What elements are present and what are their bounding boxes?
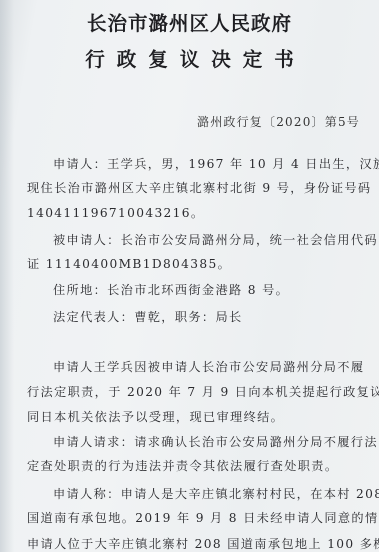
- applicant-line: 申请人：王学兵，男，1967 年 10 月 4 日出生，汉族，: [53, 156, 379, 172]
- case-intro-line-1: 申请人王学兵因被申请人长治市公安局潞州分局不履: [53, 359, 364, 375]
- document-type-title: 行政复议决定书: [0, 44, 379, 72]
- applicant-address-line: 现住长治市潞州区大辛庄镇北寨村北街 9 号，身份证号码: [27, 180, 371, 196]
- claim-line-2: 国道南有承包地。2019 年 9 月 8 日未经申请人同意的情况下，: [27, 510, 379, 526]
- claim-line-1: 申请人称：申请人是大辛庄镇北寨村村民，在本村 208: [53, 486, 379, 502]
- case-intro-line-3: 同日本机关依法予以受理，现已审理终结。: [27, 409, 284, 425]
- document-page: 长治市潞州区人民政府 行政复议决定书 潞州政行复〔2020〕第5号 申请人：王学…: [0, 0, 379, 552]
- respondent-line: 被申请人：长治市公安局潞州分局，统一社会信用代码: [53, 232, 378, 248]
- reference-number: 潞州政行复〔2020〕第5号: [197, 114, 360, 130]
- request-line-2: 定查处职责的行为违法并责令其依法履行查处职责。: [27, 458, 338, 474]
- document-issuer-title: 长治市潞州区人民政府: [0, 8, 379, 36]
- legal-representative-line: 法定代表人：曹乾，职务：局长: [53, 309, 243, 325]
- applicant-id-line: 140411196710043216。: [27, 205, 204, 221]
- page-edge-shadow: [0, 0, 14, 552]
- case-intro-line-2: 行法定职责，于 2020 年 7 月 9 日向本机关提起行政复议，: [27, 384, 379, 400]
- respondent-address-line: 住所地：长治市北环西街金港路 8 号。: [53, 282, 289, 298]
- request-line-1: 申请人请求：请求确认长治市公安局潞州分局不履行法: [53, 434, 378, 450]
- claim-line-3: 申请人位于大辛庄镇北寨村 208 国道南承包地上 100 多棵柳: [27, 536, 379, 552]
- respondent-credit-code-line: 证 11140400MB1D804385。: [27, 256, 231, 272]
